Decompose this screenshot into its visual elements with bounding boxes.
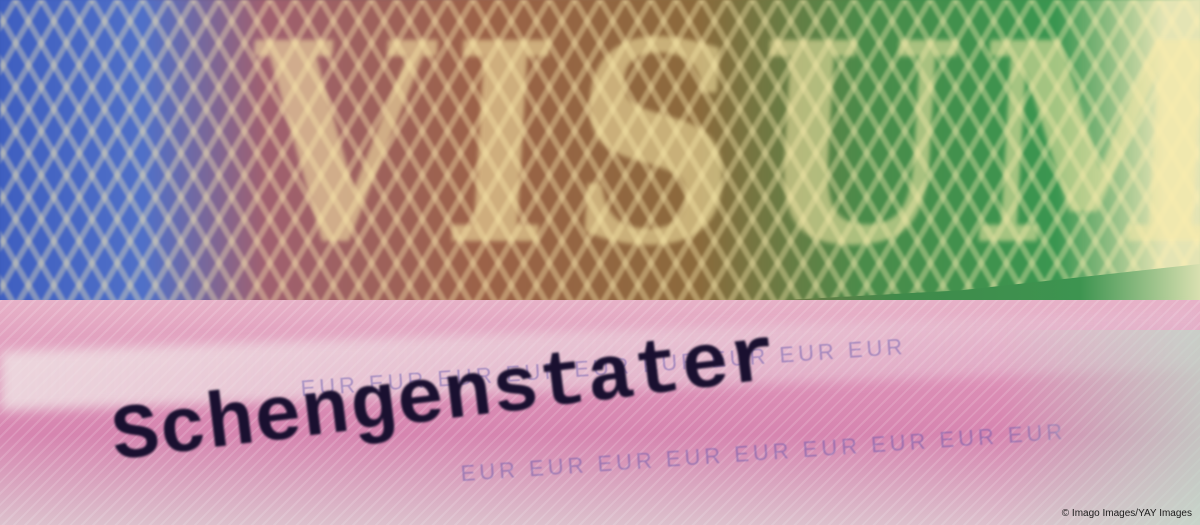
visa-header-letters: VISUMING [241, 0, 1200, 307]
right-blur [1000, 330, 1200, 525]
visa-photo: VISUMING EUR EUR EUR EUR EUR EUR EUR EUR… [0, 0, 1200, 525]
photo-credit: © Imago Images/YAY Images [1062, 508, 1192, 519]
